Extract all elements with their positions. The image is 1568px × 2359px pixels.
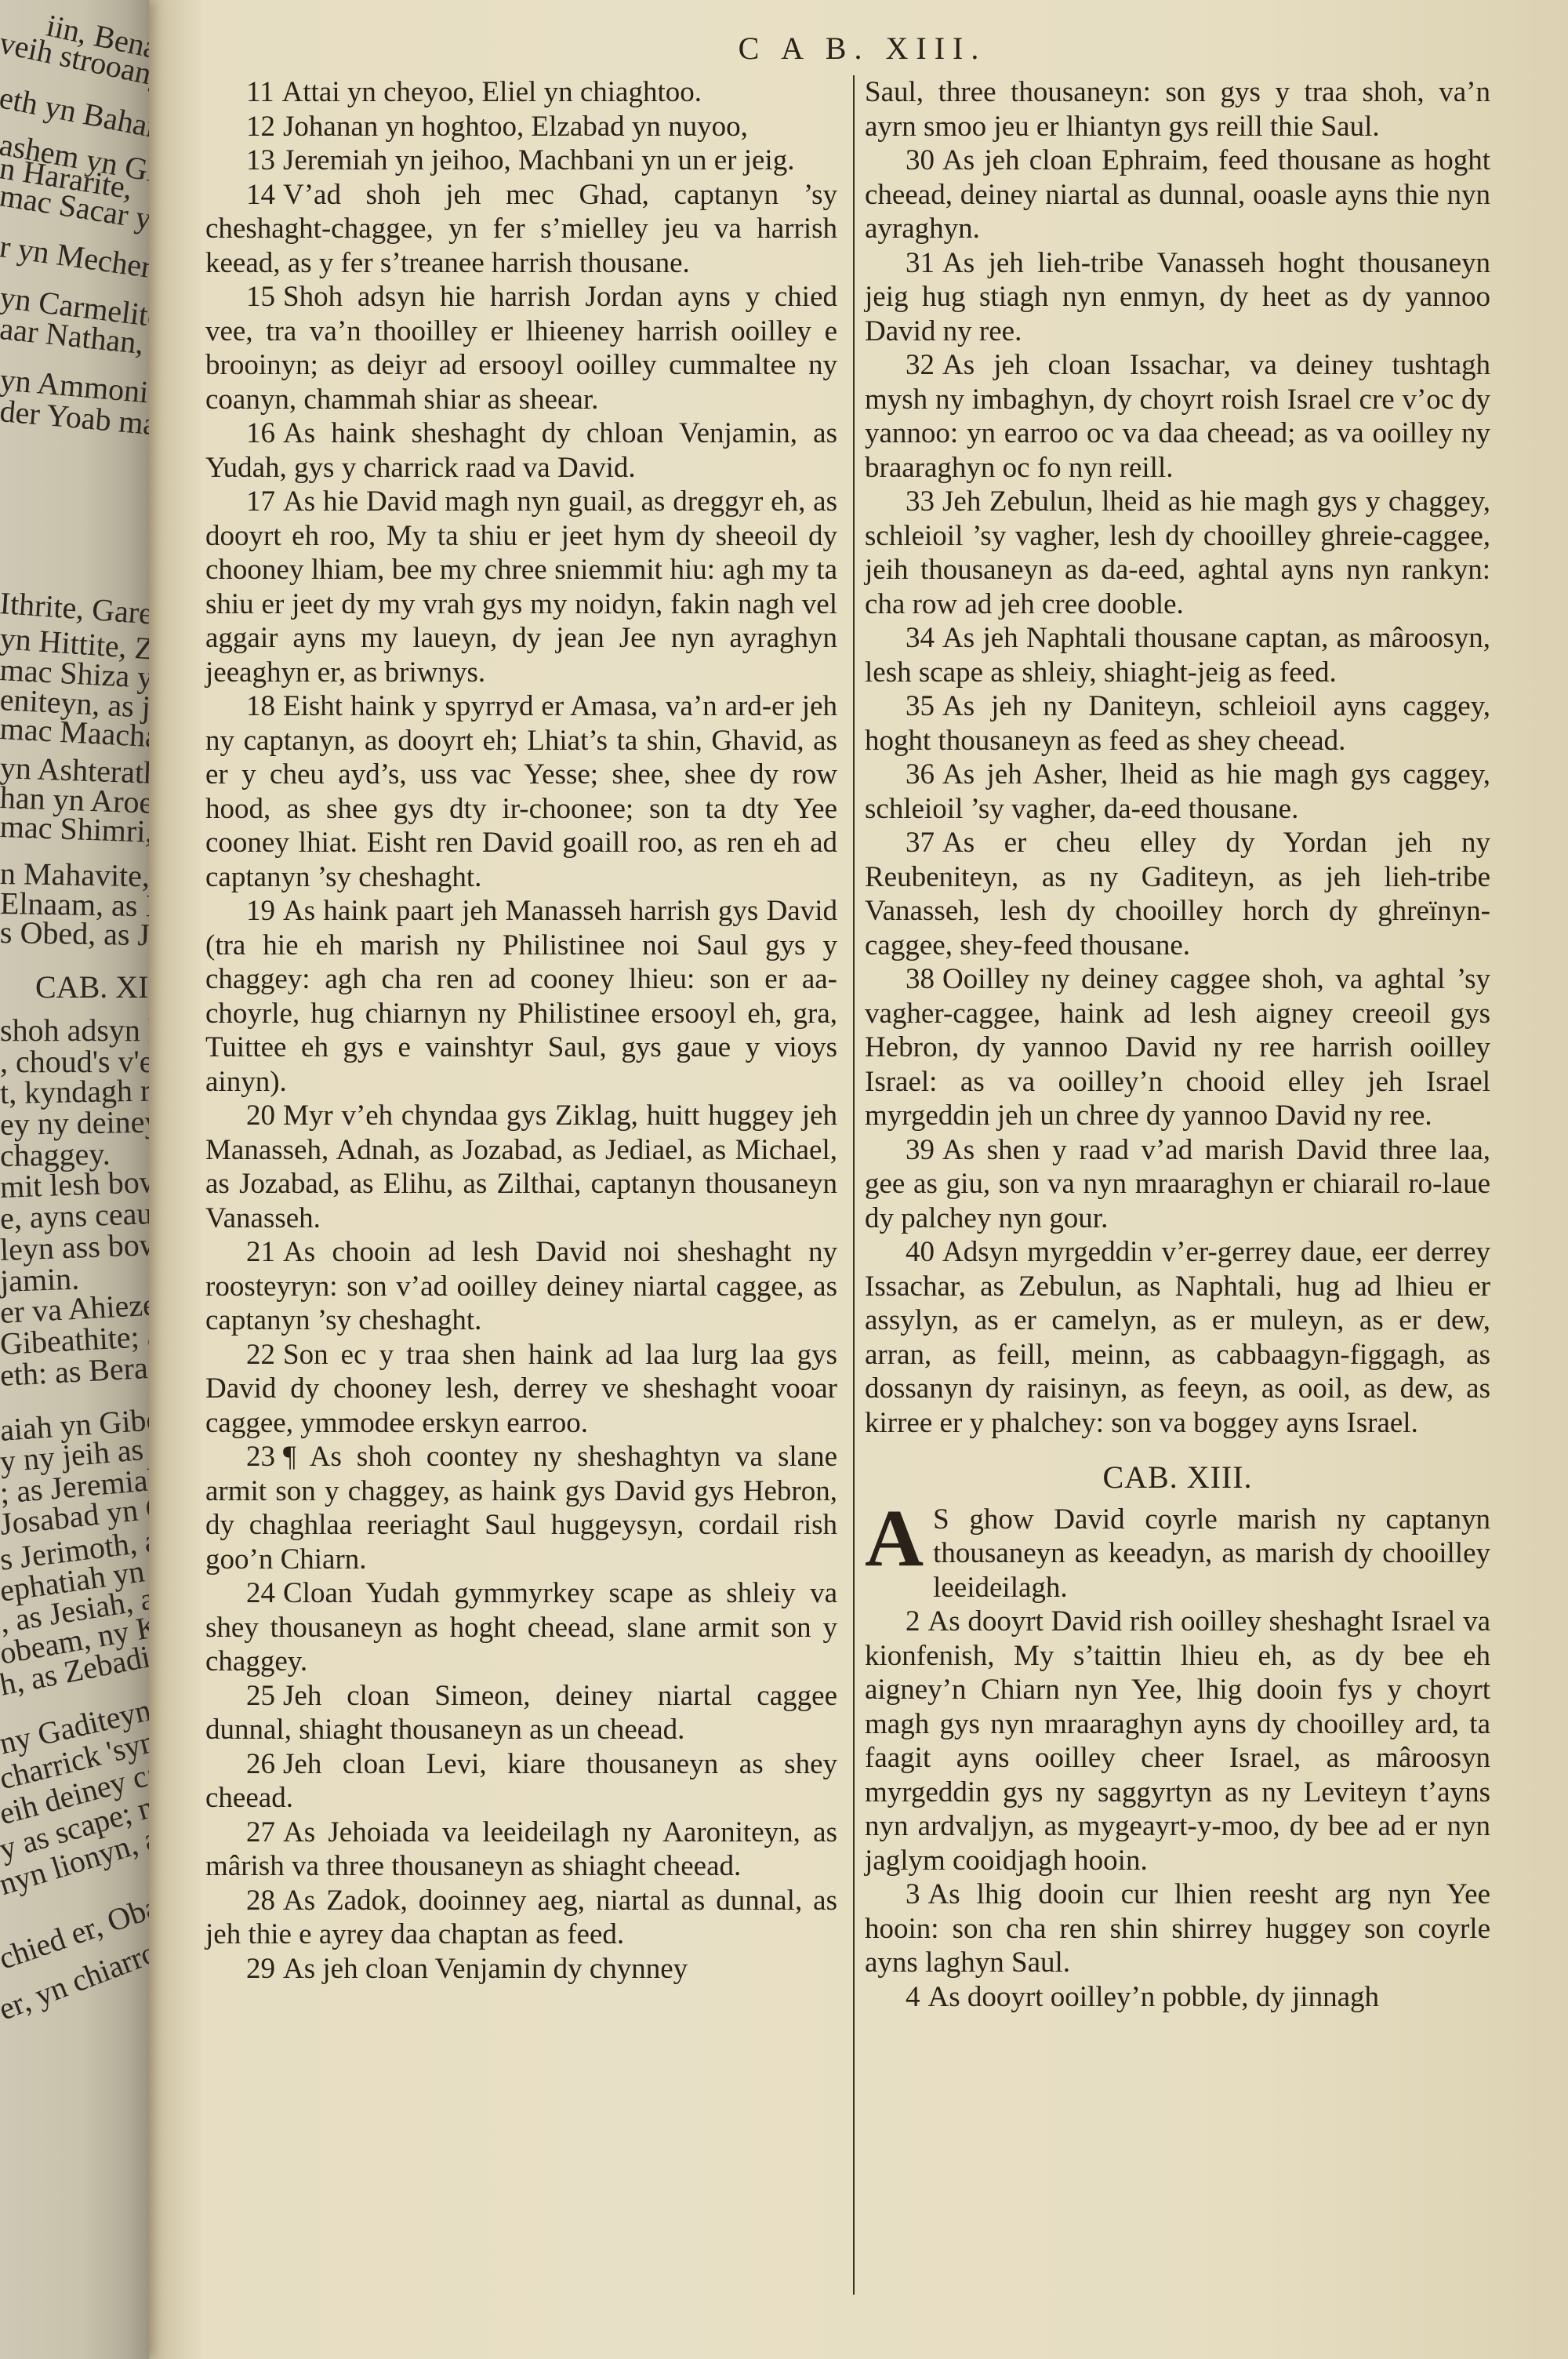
verse: 26Jeh cloan Levi, kiare thousaneyn as sh… [205, 1747, 837, 1816]
verse-text: Attai yn cheyoo, Eliel yn chiaghtoo. [282, 76, 702, 108]
verse-number: 30 [906, 144, 935, 176]
verse-text: As jeh Naphtali thousane captan, as mâro… [865, 622, 1490, 689]
verse: 30As jeh cloan Ephraim, feed thousane as… [865, 144, 1490, 246]
verse-text: As jeh Asher, lheid as hie magh gys cagg… [865, 758, 1490, 825]
verse: 25Jeh cloan Simeon, deiney niartal cag­g… [205, 1679, 837, 1747]
verse-number: 26 [246, 1748, 275, 1780]
verse: 36As jeh Asher, lheid as hie magh gys ca… [865, 758, 1490, 826]
verse: 33Jeh Zebulun, lheid as hie magh gys y c… [865, 485, 1490, 621]
verse: 29As jeh cloan Venjamin dy chynney [205, 1952, 837, 1986]
verse-number: 39 [906, 1134, 935, 1166]
verse: 17As hie David magh nyn guail, as dreggy… [205, 485, 837, 689]
verse-text: Son ec y traa shen haink ad laa lurg laa… [205, 1339, 837, 1439]
verse-number: 23 [246, 1441, 275, 1473]
verse-number: 29 [246, 1953, 275, 1985]
verse-number: 16 [246, 417, 275, 449]
verse-number: 38 [906, 963, 935, 995]
verse-text: As jeh cloan Ephraim, feed thousane as h… [865, 144, 1490, 245]
verse-text: As chooin ad lesh David noi sheshaght ny… [205, 1236, 837, 1336]
verse-text: As dooyrt David rish ooilley sheshaght I… [865, 1605, 1490, 1877]
running-header: C A B.XIII. [0, 30, 1568, 67]
verse: 40Adsyn myrgeddin v’er-gerrey daue, eer … [865, 1235, 1490, 1440]
verse: 13Jeremiah yn jeihoo, Machbani yn un er … [205, 144, 837, 178]
verse-text: As shen y raad v’ad marish David three l… [865, 1134, 1490, 1234]
verse-number: 31 [906, 247, 935, 279]
verse: 31As jeh lieh-tribe Vanasseh hoght thous… [865, 246, 1490, 349]
verse: 37As er cheu elley dy Yordan jeh ny Reub… [865, 826, 1490, 962]
verse-text: Jeremiah yn jeihoo, Machbani yn un er je… [283, 144, 794, 176]
verse-number: 11 [246, 76, 274, 108]
right-column-verses: 30As jeh cloan Ephraim, feed thousane as… [865, 144, 1490, 1440]
chapter-verse-1: AS ghow David coyrle marish ny cap­tanyn… [865, 1503, 1490, 1605]
verse: 28As Zadok, dooinney aeg, niartal as dun… [205, 1884, 837, 1952]
verse: 3As lhig dooin cur lhien reesht arg nyn … [865, 1877, 1490, 1980]
verse-number: 13 [246, 144, 275, 176]
verse-number: 37 [906, 827, 935, 859]
verse-number: 2 [906, 1605, 920, 1637]
verse: 24Cloan Yudah gymmyrkey scape as shleiy … [205, 1576, 837, 1679]
left-column: 11Attai yn cheyoo, Eliel yn chiaghtoo.12… [205, 75, 837, 1986]
verse-number: 19 [246, 895, 275, 927]
verse-text: Shoh adsyn hie harrish Jordan ayns y chi… [205, 281, 837, 416]
verse-text: S ghow David coyrle marish ny cap­tanyn … [933, 1503, 1490, 1604]
column-rule [853, 75, 855, 2295]
verse: 32As jeh cloan Issachar, va deiney tusht… [865, 348, 1490, 485]
verse-text: As haink paart jeh Manasseh harrish gys … [205, 895, 837, 1098]
verse: 12Johanan yn hoghtoo, Elzabad yn nuyoo, [205, 110, 837, 144]
book-page: iin, Benaiah yn Piraveih strooanyn Gaash… [0, 0, 1568, 2359]
verse-text: As Zadok, dooinney aeg, niartal as dunna… [205, 1885, 837, 1951]
verse-text: Cloan Yudah gymmyrkey scape as shleiy va… [205, 1577, 837, 1677]
verse-number: 22 [246, 1339, 275, 1371]
verse-number: 3 [906, 1878, 920, 1910]
verse-text: As dooyrt ooilley’n pobble, dy jinnagh [928, 1981, 1380, 2013]
verse: 20Myr v’eh chyndaa gys Ziklag, huitt hug… [205, 1099, 837, 1235]
running-header-label: C A B. [739, 31, 870, 66]
verse-text: As hie David magh nyn guail, as dreggyr … [205, 485, 837, 689]
verse-number: 20 [246, 1100, 275, 1132]
verse-number: 35 [906, 690, 935, 722]
verse: 23¶ As shoh coontey ny sheshaghtyn va sl… [205, 1440, 837, 1576]
verse-number: 34 [906, 622, 935, 654]
drop-cap: A [865, 1506, 924, 1572]
gutter-shadow [149, 0, 204, 2359]
verse-text: Jeh Zebulun, lheid as hie magh gys y cha… [865, 485, 1490, 620]
verse: 19As haink paart jeh Manasseh harrish gy… [205, 894, 837, 1099]
verse-number: 28 [246, 1885, 275, 1917]
continued-verse: Saul, three thousaneyn: son gys y traa s… [865, 75, 1490, 144]
verse-text: As er cheu elley dy Yordan jeh ny Reuben… [865, 827, 1490, 961]
verse-text: Ooilley ny deiney caggee shoh, va aghtal… [865, 963, 1490, 1132]
verse: 14V’ad shoh jeh mec Ghad, captanyn ’sy c… [205, 178, 837, 281]
verse-text: ¶ As shoh coontey ny sheshaghtyn va slan… [205, 1441, 837, 1576]
verse: 39As shen y raad v’ad marish David three… [865, 1133, 1490, 1236]
verse-number: 21 [246, 1236, 275, 1268]
verse-text: Eisht haink y spyrryd er Amasa, va’n ard… [205, 690, 837, 893]
verse-number: 32 [906, 349, 935, 381]
verse-number: 18 [246, 690, 275, 722]
verse-number: 40 [906, 1236, 935, 1268]
verse-text: As jeh lieh-tribe Vanasseh hoght thousan… [865, 247, 1490, 347]
verse-text: Jeh cloan Levi, kiare thousaneyn as shey… [205, 1748, 837, 1815]
verse-number: 17 [246, 485, 275, 518]
verse: 38Ooilley ny deiney caggee shoh, va aght… [865, 962, 1490, 1133]
verse: 18Eisht haink y spyrryd er Amasa, va’n a… [205, 689, 837, 894]
verse: 21As chooin ad lesh David noi sheshaght … [205, 1235, 837, 1338]
chapter-heading: CAB. XIII. [865, 1460, 1490, 1495]
verse: 4As dooyrt ooilley’n pobble, dy jinnagh [865, 1980, 1490, 2015]
verse: 22Son ec y traa shen haink ad laa lurg l… [205, 1338, 837, 1441]
verse-number: 14 [246, 179, 275, 211]
verse: 34As jeh Naphtali thousane captan, as mâ… [865, 621, 1490, 689]
verse: 15Shoh adsyn hie harrish Jordan ayns y c… [205, 280, 837, 416]
left-page-text-fragment: s Obed, as Jasiel yn [0, 914, 149, 954]
running-header-chapter: XIII. [885, 31, 986, 66]
verse-number: 15 [246, 281, 275, 313]
left-page-curled-edge: iin, Benaiah yn Piraveih strooanyn Gaash… [0, 0, 149, 2359]
verse-text: Adsyn myrgeddin v’er-gerrey daue, eer de… [865, 1236, 1490, 1439]
verse-text: Johanan yn hoghtoo, Elzabad yn nuyoo, [283, 111, 748, 143]
verse-number: 27 [246, 1816, 275, 1848]
verse: 27As Jehoiada va leeideilagh ny Aa­ronit… [205, 1816, 837, 1884]
right-column: Saul, three thousaneyn: son gys y traa s… [865, 75, 1490, 2014]
verse-text: Jeh cloan Simeon, deiney niartal cag­gee… [205, 1680, 837, 1747]
left-page-text-fragment: mac Shimri, as Jo [0, 808, 149, 852]
verse-text: As jeh cloan Issachar, va deiney tusht­a… [865, 349, 1490, 484]
verse-number: 24 [246, 1577, 275, 1609]
verse: 11Attai yn cheyoo, Eliel yn chiaghtoo. [205, 75, 837, 110]
verse-number: 36 [906, 758, 935, 791]
verse-text: V’ad shoh jeh mec Ghad, captanyn ’sy che… [205, 179, 837, 279]
verse: 35As jeh ny Daniteyn, schleioil ayns cag… [865, 689, 1490, 758]
verse-text: As lhig dooin cur lhien reesht arg nyn Y… [865, 1878, 1490, 1979]
verse-number: 4 [906, 1981, 920, 2013]
verse-text: As jeh ny Daniteyn, schleioil ayns cagge… [865, 690, 1490, 757]
verse-number: 12 [246, 111, 275, 143]
verse-text: Myr v’eh chyndaa gys Ziklag, huitt hugge… [205, 1100, 837, 1234]
chapter-verses: 2As dooyrt David rish ooilley sheshaght … [865, 1605, 1490, 2014]
verse-number: 33 [906, 485, 935, 518]
verse-number: 25 [246, 1680, 275, 1712]
verse: 16As haink sheshaght dy chloan Venja­min… [205, 416, 837, 485]
left-page-text-fragment: CAB. XII. [35, 969, 149, 1005]
verse-text: As haink sheshaght dy chloan Venja­min, … [205, 417, 837, 484]
verse-text: As Jehoiada va leeideilagh ny Aa­ronitey… [205, 1816, 837, 1883]
verse-text: As jeh cloan Venjamin dy chynney [283, 1953, 688, 1985]
verse: 2As dooyrt David rish ooilley sheshaght … [865, 1605, 1490, 1877]
